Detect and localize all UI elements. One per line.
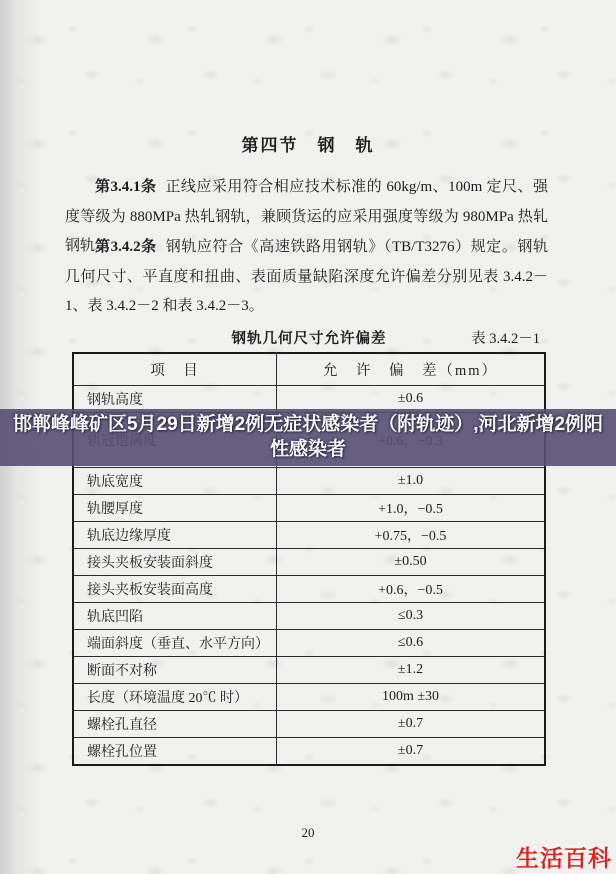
item-cell: 断面不对称 [73,657,277,684]
item-cell: 端面斜度（垂直、水平方向） [73,630,277,657]
table-row: 接头夹板安装面高度+0.6，−0.5 [73,576,545,603]
section-title: 第四节 钢 轨 [0,131,616,156]
item-cell: 轨底凹陷 [73,603,277,630]
page-number: 20 [0,825,616,841]
deviation-cell: ±0.7 [277,711,546,738]
table-row: 螺栓孔位置±0.7 [73,738,545,766]
deviation-cell: +1.0，−0.5 [277,495,546,522]
paragraph-3-4-2: 第3.4.2条钢轨应符合《高速铁路用钢轨》（TB/T3276）规定。钢轨几何尺寸… [65,233,548,322]
table-row: 轨底宽度±1.0 [73,468,545,495]
item-cell: 接头夹板安装面斜度 [73,549,277,576]
item-cell: 螺栓孔位置 [73,738,277,766]
table-header-row: 项 目 允 许 偏 差（mm） [73,353,545,386]
item-cell: 轨底宽度 [73,468,277,495]
deviation-cell: ≤0.6 [277,630,546,657]
deviation-cell: +0.75，−0.5 [277,522,546,549]
table-row: 轨底边缘厚度+0.75，−0.5 [73,522,545,549]
news-headline-overlay: 邯郸峰峰矿区5月29日新增2例无症状感染者（附轨迹）,河北新增2例阳性感染者 [0,409,616,466]
deviation-cell: +0.6，−0.5 [277,576,546,603]
table-row: 端面斜度（垂直、水平方向）≤0.6 [73,630,545,657]
deviation-cell: ±0.50 [277,549,546,576]
item-cell: 轨底边缘厚度 [73,522,277,549]
deviation-cell: ±1.2 [277,657,546,684]
clause-number: 第3.4.1条 [95,179,156,195]
item-cell: 螺栓孔直径 [73,711,277,738]
table-row: 轨腰厚度+1.0，−0.5 [73,495,545,522]
deviation-cell: 100m ±30 [277,684,546,711]
site-watermark-logo: 生活百科 [516,840,612,873]
clause-number: 第3.4.2条 [95,239,157,255]
item-cell: 长度（环境温度 20℃ 时） [73,684,277,711]
table-row: 长度（环境温度 20℃ 时）100m ±30 [73,684,545,711]
deviation-cell: ±1.0 [277,468,546,495]
deviation-cell: ±0.7 [277,738,546,766]
table-row: 轨底凹陷≤0.3 [73,603,545,630]
item-cell: 轨腰厚度 [73,495,277,522]
item-cell: 接头夹板安装面高度 [73,576,277,603]
column-header-item: 项 目 [73,353,277,386]
column-header-deviation: 允 许 偏 差（mm） [277,353,546,386]
table-row: 断面不对称±1.2 [73,657,545,684]
deviation-cell: ≤0.3 [277,603,546,630]
table-number: 表 3.4.2－1 [471,327,540,348]
table-row: 螺栓孔直径±0.7 [73,711,545,738]
table-row: 接头夹板安装面斜度±0.50 [73,549,545,576]
document-page: 第四节 钢 轨 第3.4.1条正线应采用符合相应技术标准的 60kg/m、100… [0,0,616,874]
table-caption-row: 钢轨几何尺寸允许偏差 表 3.4.2－1 [72,327,546,347]
